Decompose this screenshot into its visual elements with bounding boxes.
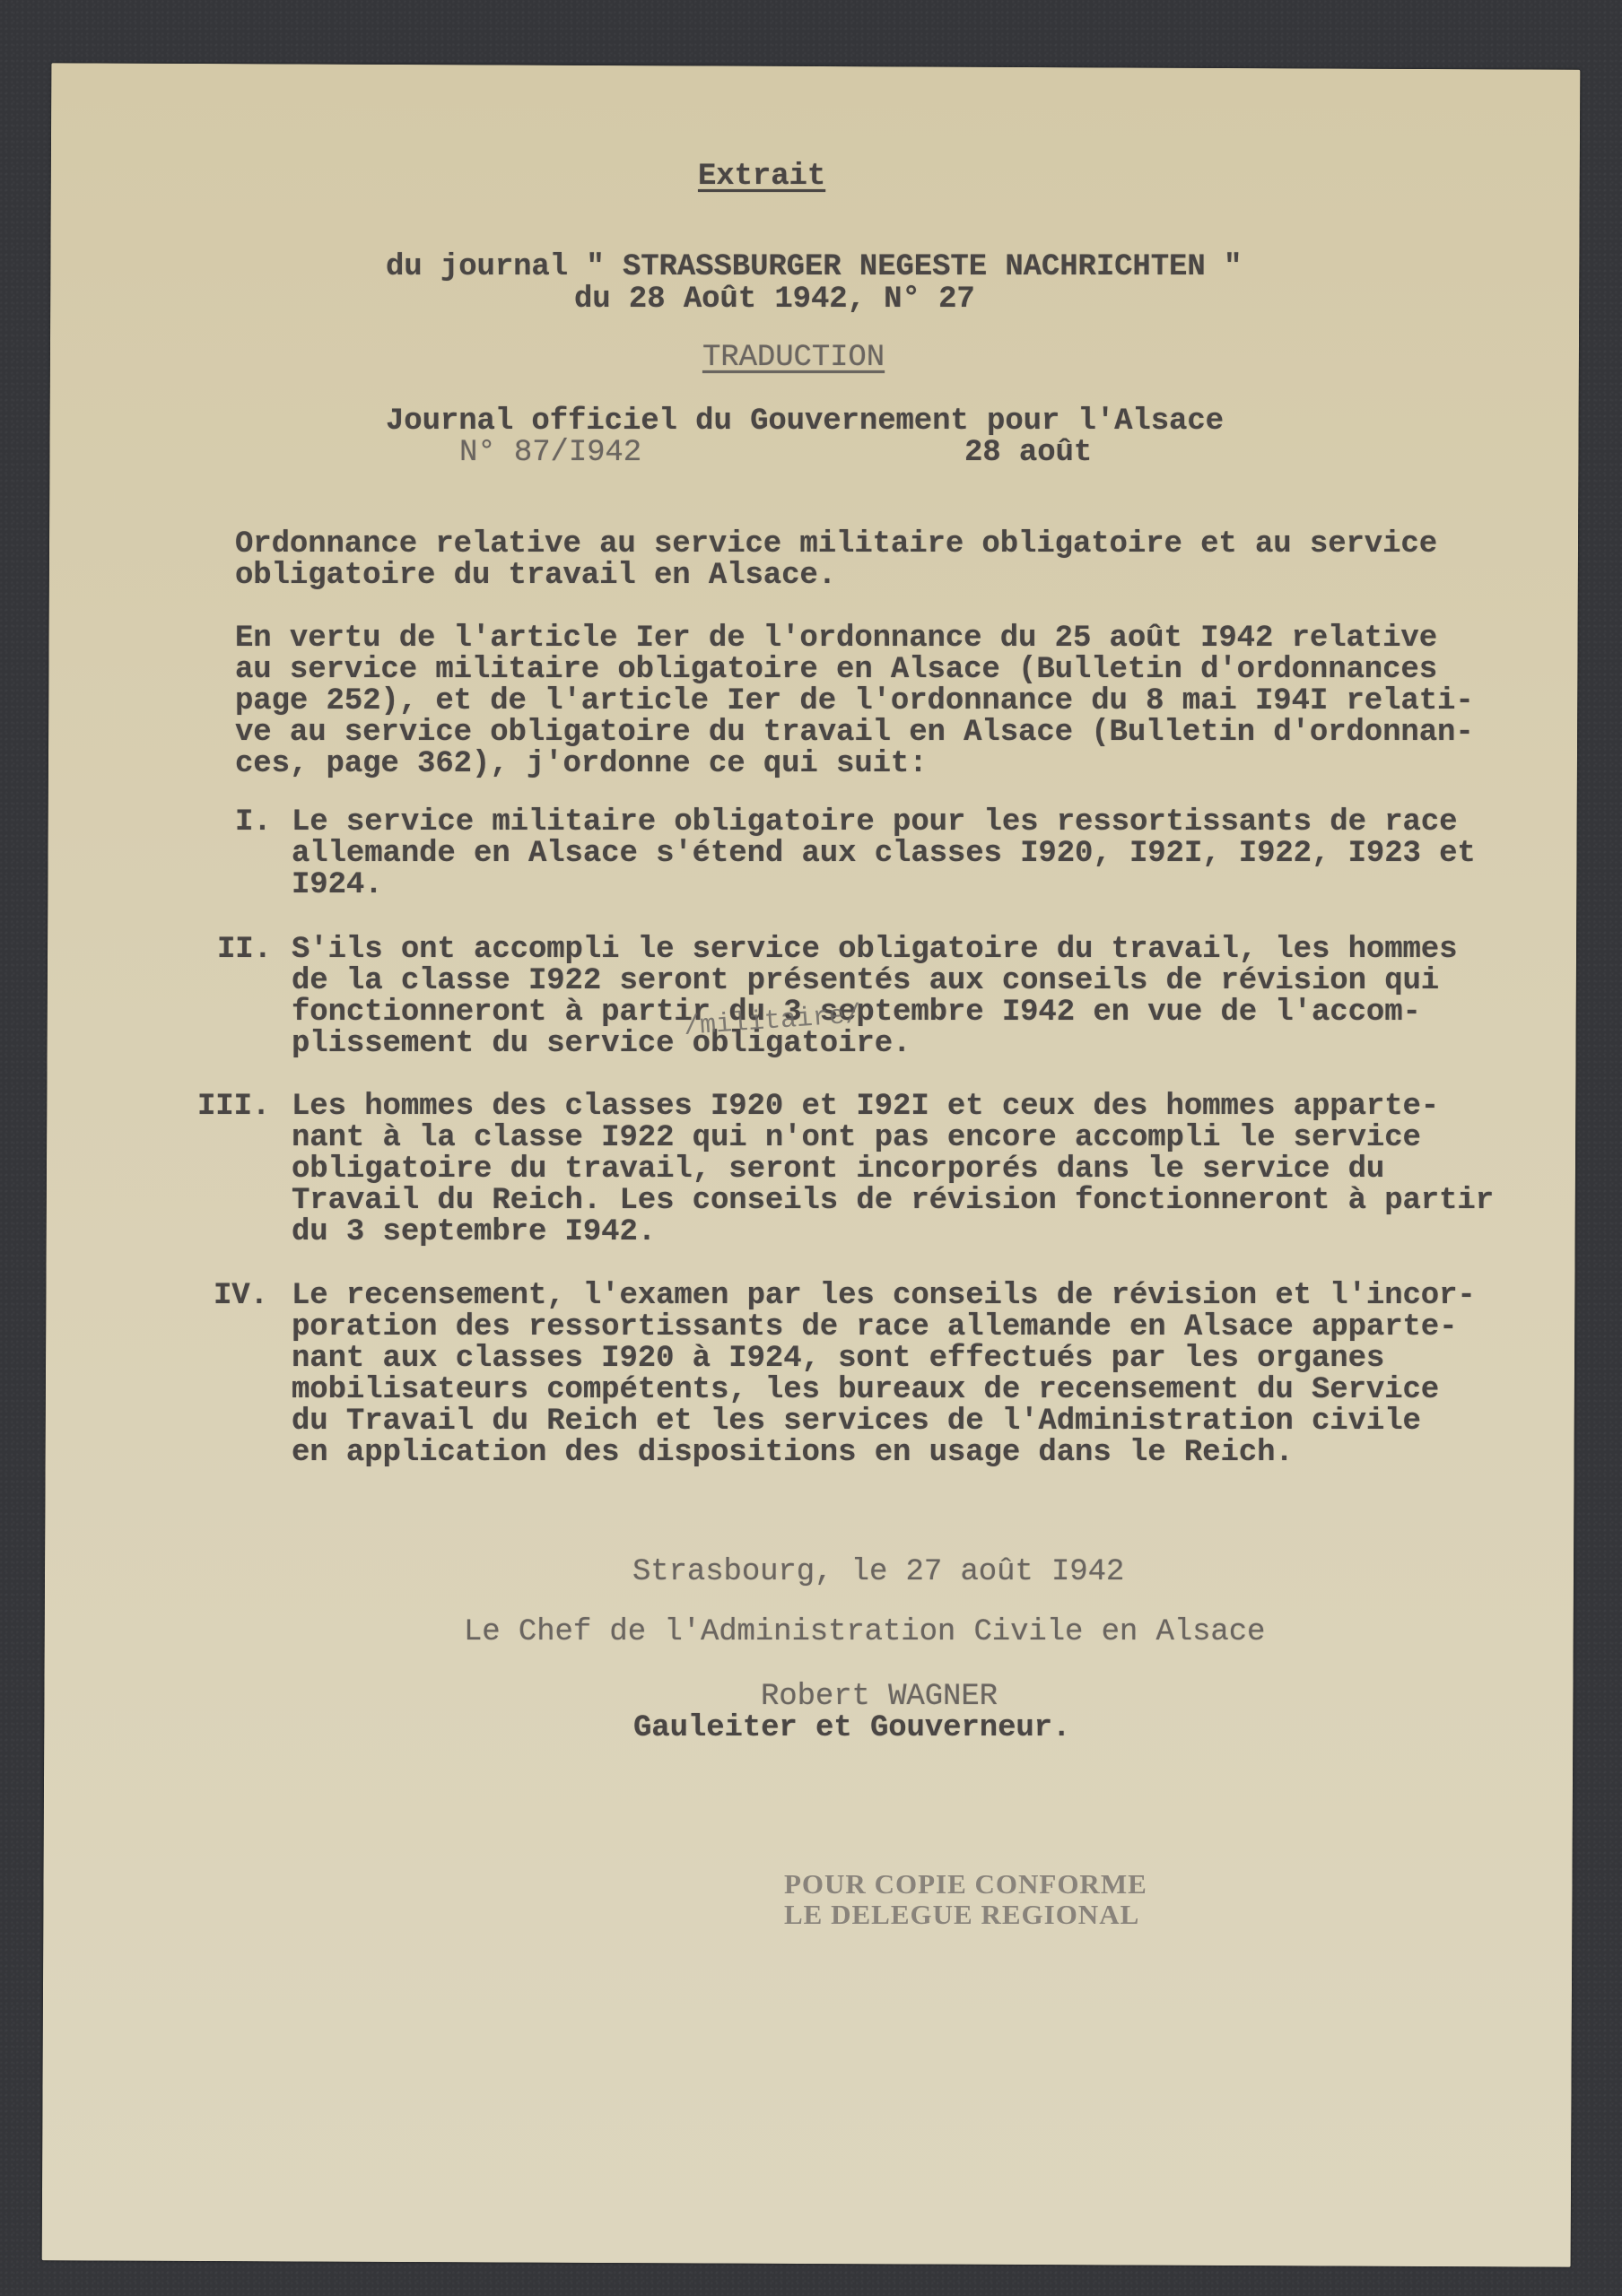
certification-line: POUR COPIE CONFORME (784, 1868, 1147, 1900)
extrait-heading: Extrait (698, 161, 825, 193)
certification-line: LE DELEGUE REGIONAL (784, 1899, 1139, 1930)
article-line: I924. (292, 870, 383, 901)
article-line: S'ils ont accompli le service obligatoir… (292, 935, 1457, 966)
article-numeral: III. (197, 1091, 270, 1123)
signatory-name: Robert WAGNER (761, 1682, 998, 1713)
preamble-line: page 252), et de l'article Ier de l'ordo… (235, 686, 1474, 717)
preamble-line: En vertu de l'article Ier de l'ordonnanc… (235, 623, 1437, 655)
article-line: du Travail du Reich et les services de l… (292, 1406, 1421, 1438)
traduction-heading: TRADUCTION (702, 343, 885, 374)
preamble-line: ve au service obligatoire du travail en … (235, 717, 1474, 749)
article-line: Le recensement, l'examen par les conseil… (292, 1281, 1476, 1312)
journal-date-line: du 28 Août 1942, N° 27 (574, 284, 975, 316)
article-line: de la classe I922 seront présentés aux c… (292, 966, 1439, 997)
article-line: poration des ressortissants de race alle… (292, 1312, 1457, 1344)
article-numeral: I. (235, 807, 272, 839)
article-line: nant aux classes I920 à I924, sont effec… (292, 1344, 1384, 1375)
place-date: Strasbourg, le 27 août I942 (632, 1557, 1124, 1588)
title-line: obligatoire du travail en Alsace. (235, 561, 836, 592)
article-line: mobilisateurs compétents, les bureaux de… (292, 1375, 1439, 1406)
signatory-office: Le Chef de l'Administration Civile en Al… (464, 1617, 1265, 1648)
article-line: Les hommes des classes I920 et I92I et c… (292, 1091, 1439, 1123)
preamble-line: au service militaire obligatoire en Alsa… (235, 655, 1437, 686)
signatory-title: Gauleiter et Gouverneur. (633, 1713, 1070, 1744)
preamble-line: ces, page 362), j'ordonne ce qui suit: (235, 749, 928, 780)
article-line: en application des dispositions en usage… (292, 1438, 1294, 1469)
journal-number: N° 87/I942 (459, 438, 641, 469)
article-numeral: IV. (214, 1281, 268, 1312)
official-journal-line: Journal officiel du Gouvernement pour l'… (386, 406, 1224, 438)
journal-source-line: du journal " STRASSBURGER NEGESTE NACHRI… (386, 252, 1242, 283)
article-numeral: II. (217, 935, 272, 966)
article-line: allemande en Alsace s'étend aux classes … (292, 839, 1476, 870)
article-line: obligatoire du travail, seront incorporé… (292, 1154, 1384, 1186)
article-line: nant à la classe I922 qui n'ont pas enco… (292, 1123, 1421, 1154)
title-line: Ordonnance relative au service militaire… (235, 529, 1437, 561)
article-line: Le service militaire obligatoire pour le… (292, 807, 1457, 839)
journal-number-date: 28 août (964, 438, 1092, 469)
article-line: Travail du Reich. Les conseils de révisi… (292, 1186, 1494, 1217)
article-line: du 3 septembre I942. (292, 1217, 656, 1248)
